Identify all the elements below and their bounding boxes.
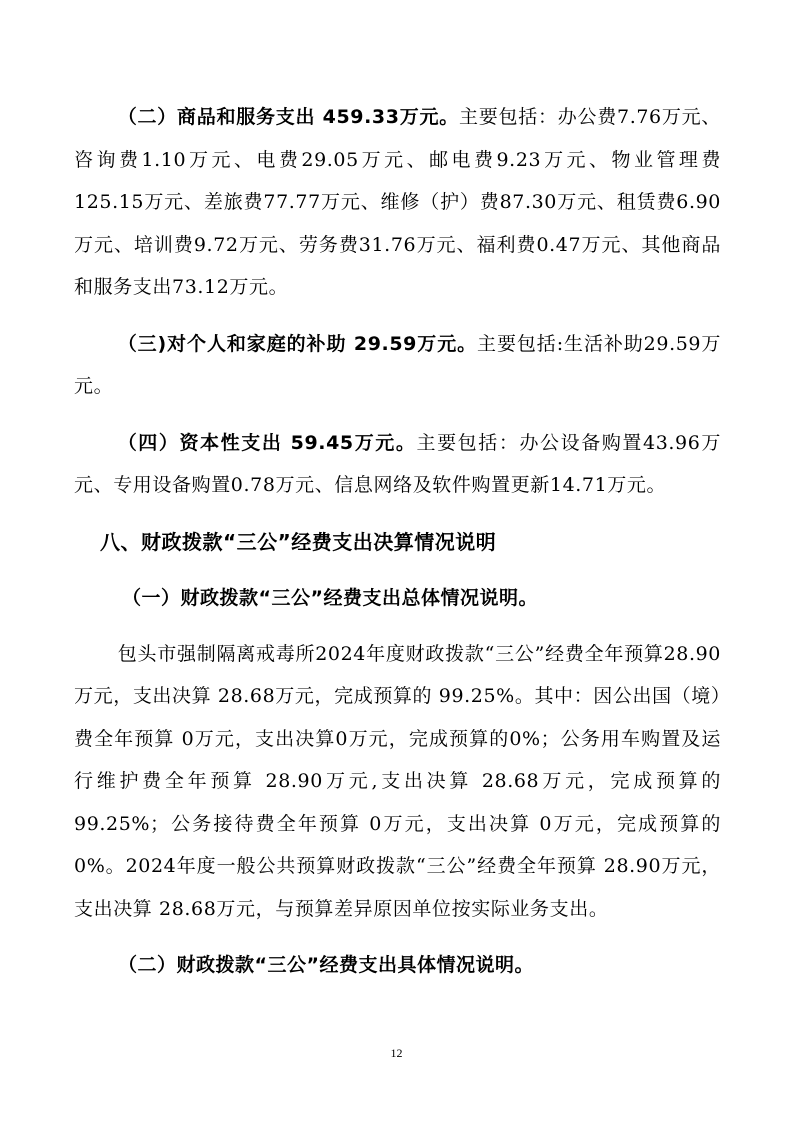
paragraph-overall: 包头市强制隔离戒毒所2024年度财政拨款“三公”经费全年预算28.90万元，支出… <box>74 633 721 931</box>
heading-personal-subsidy: （三)对个人和家庭的补助 29.59万元。 <box>118 333 477 355</box>
paragraph-capital-expenditure: （四）资本性支出 59.45万元。主要包括：办公设备购置43.96万元、专用设备… <box>74 422 721 507</box>
heading-capital-expenditure: （四）资本性支出 59.45万元。 <box>118 432 417 454</box>
document-page: （二）商品和服务支出 459.33万元。主要包括：办公费7.76万元、咨询费1.… <box>74 96 721 986</box>
subheading-specific: （二）财政拨款“三公”经费支出具体情况说明。 <box>74 944 721 986</box>
page-number: 12 <box>0 1046 793 1061</box>
body-goods-services: 主要包括：办公费7.76万元、咨询费1.10万元、电费29.05万元、邮电费9.… <box>74 106 721 298</box>
heading-goods-services: （二）商品和服务支出 459.33万元。 <box>118 106 459 128</box>
paragraph-personal-subsidy: （三)对个人和家庭的补助 29.59万元。主要包括:生活补助29.59万元。 <box>74 323 721 408</box>
paragraph-goods-services: （二）商品和服务支出 459.33万元。主要包括：办公费7.76万元、咨询费1.… <box>74 96 721 309</box>
chapter-title-three-public: 八、财政拨款“三公”经费支出决算情况说明 <box>74 521 721 563</box>
subheading-overall: （一）财政拨款“三公”经费支出总体情况说明。 <box>74 577 721 619</box>
